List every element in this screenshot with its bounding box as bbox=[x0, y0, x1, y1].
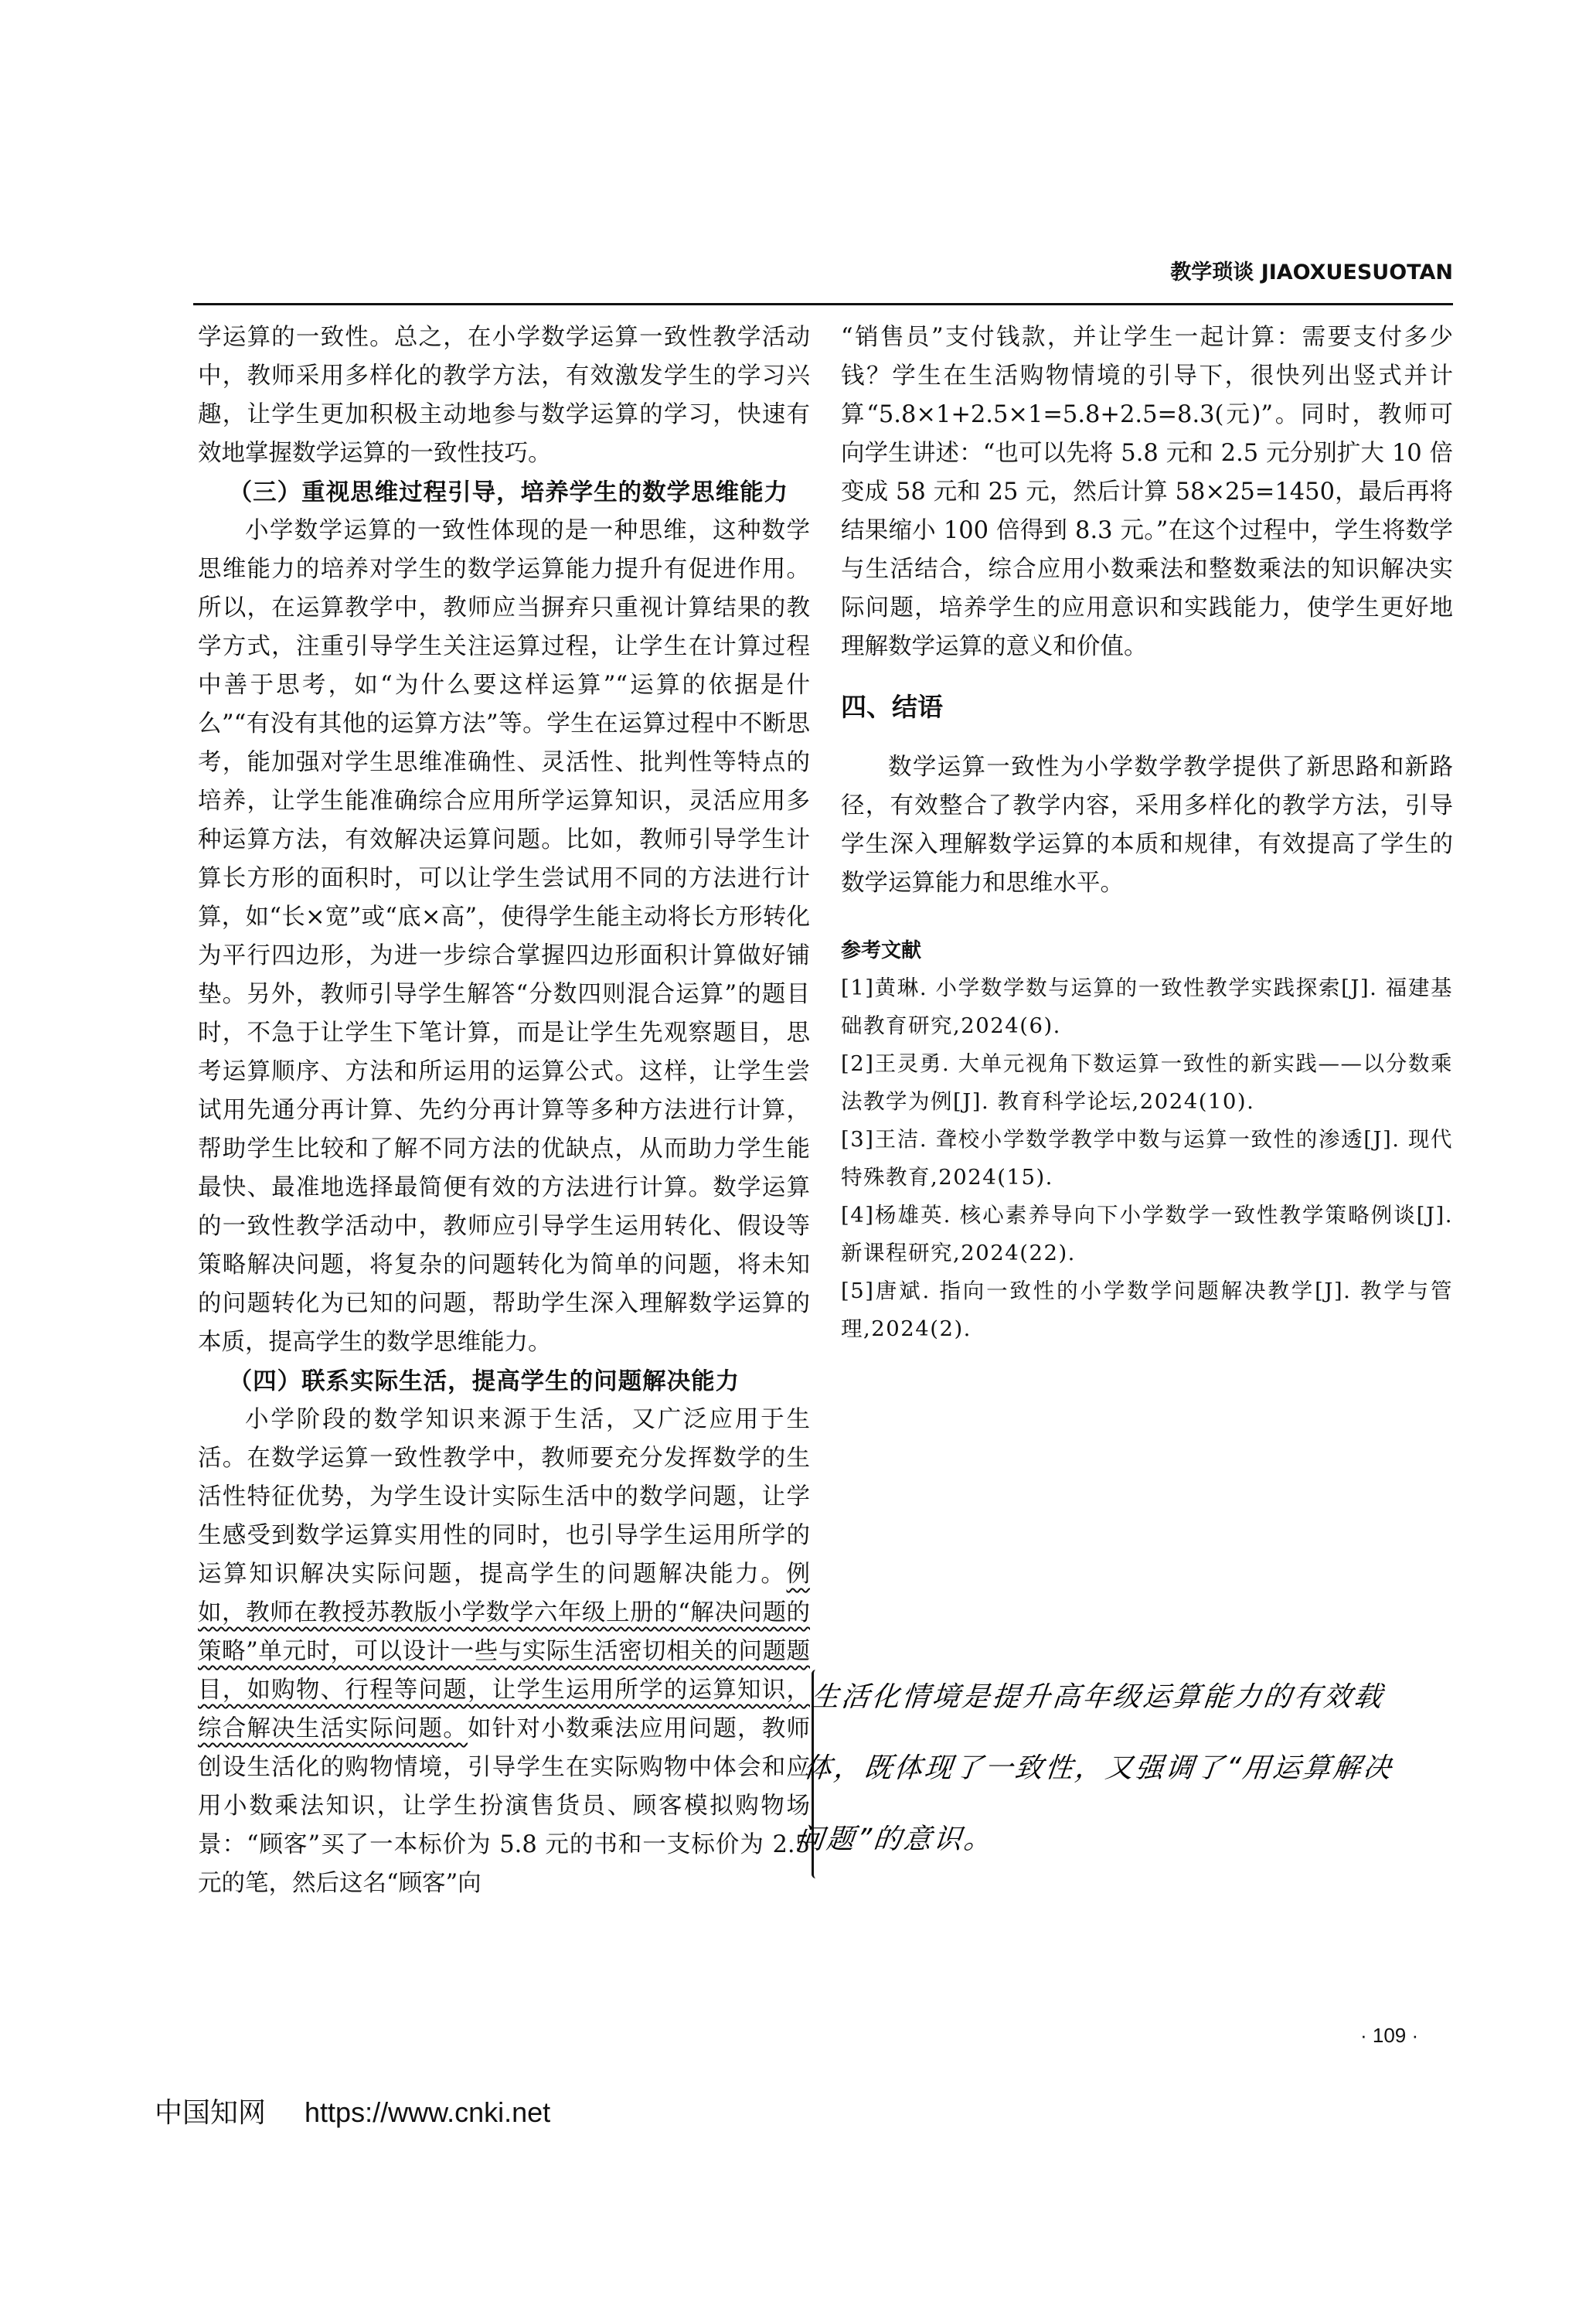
paragraph-conclusion: 数学运算一致性为小学数学教学提供了新思路和新路径，有效整合了教学内容，采用多样化… bbox=[841, 748, 1453, 903]
handwritten-annotation: 生活化情境是提升高年级运算能力的有效载 体，既体现了一致性，又强调了“用运算解决… bbox=[792, 1662, 1464, 1875]
left-column: 学运算的一致性。总之，在小学数学运算一致性教学活动中，教师采用多样化的教学方法，… bbox=[198, 318, 810, 1903]
paragraph-thinking-process: 小学数学运算的一致性体现的是一种思维，这种数学思维能力的培养对学生的数学运算能力… bbox=[198, 512, 810, 1362]
page-number: · 109 · bbox=[1360, 2024, 1418, 2048]
reference-item: [4]杨雄英. 核心素养导向下小学数学一致性教学策略例谈[J]. 新课程研究,2… bbox=[841, 1197, 1453, 1272]
footer-source-url[interactable]: https://www.cnki.net bbox=[305, 2096, 550, 2128]
running-header-title: 教学琐谈 JIAOXUESUOTAN bbox=[1128, 255, 1453, 285]
subheading-three: （三）重视思维过程引导，培养学生的数学思维能力 bbox=[198, 473, 810, 512]
paragraph-real-life-end: 如针对小数乘法应用问题，教师创设生活化的购物情境，引导学生在实际购物中体会和应用… bbox=[198, 1715, 810, 1897]
annotation-line: 体，既体现了一致性，又强调了“用运算解决 bbox=[800, 1733, 1457, 1804]
paragraph-real-life: 小学阶段的数学知识来源于生活，又广泛应用于生活。在数学运算一致性教学中，教师要充… bbox=[198, 1401, 810, 1903]
right-column: “销售员”支付钱款，并让学生一起计算：需要支付多少钱？学生在生活购物情境的引导下… bbox=[841, 318, 1453, 1348]
references-title: 参考文献 bbox=[841, 932, 1453, 969]
footer-source-name: 中国知网 bbox=[155, 2096, 266, 2128]
annotation-line: 问题”的意识。 bbox=[792, 1804, 1449, 1875]
paragraph-continuation: 学运算的一致性。总之，在小学数学运算一致性教学活动中，教师采用多样化的教学方法，… bbox=[198, 318, 810, 473]
reference-item: [3]王洁. 聋校小学数学教学中数与运算一致性的渗透[J]. 现代特殊教育,20… bbox=[841, 1121, 1453, 1197]
subheading-four: （四）联系实际生活，提高学生的问题解决能力 bbox=[198, 1362, 810, 1401]
footer-source: 中国知网 https://www.cnki.net bbox=[155, 2091, 581, 2130]
section-title-conclusion: 四、结语 bbox=[841, 688, 1453, 727]
header-rule-divider bbox=[193, 303, 1453, 305]
reference-item: [1]黄琳. 小学数学数与运算的一致性教学实践探索[J]. 福建基础教育研究,2… bbox=[841, 969, 1453, 1045]
reference-item: [5]唐斌. 指向一致性的小学数学问题解决教学[J]. 教学与管理,2024(2… bbox=[841, 1272, 1453, 1348]
paragraph-shopping-continuation: “销售员”支付钱款，并让学生一起计算：需要支付多少钱？学生在生活购物情境的引导下… bbox=[841, 318, 1453, 666]
annotation-line: 生活化情境是提升高年级运算能力的有效载 bbox=[808, 1662, 1465, 1733]
reference-item: [2]王灵勇. 大单元视角下数运算一致性的新实践——以分数乘法教学为例[J]. … bbox=[841, 1045, 1453, 1121]
paragraph-real-life-start: 小学阶段的数学知识来源于生活，又广泛应用于生活。在数学运算一致性教学中，教师要充… bbox=[198, 1406, 810, 1588]
